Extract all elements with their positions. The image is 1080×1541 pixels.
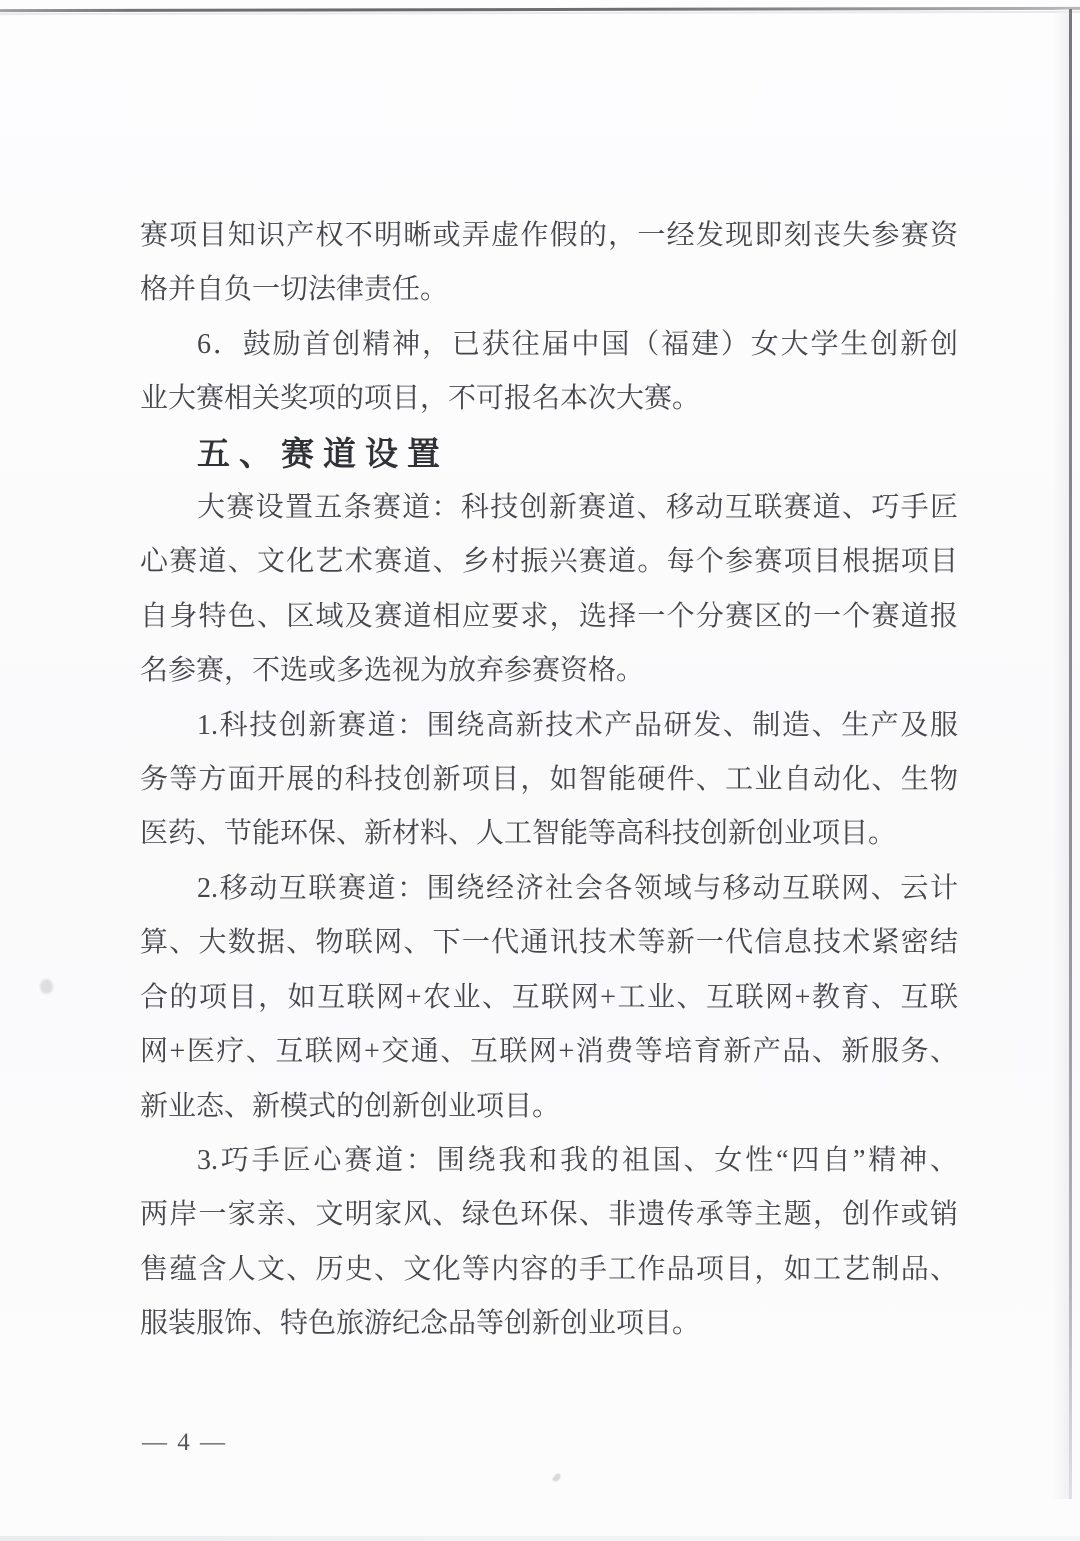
text-line: 自身特色、区域及赛道相应要求，选择一个分赛区的一个赛道报 xyxy=(140,590,958,644)
text-line: 医药、节能环保、新材料、人工智能等高科技创新创业项目。 xyxy=(140,807,958,861)
text-line: 合的项目，如互联网+农业、互联网+工业、互联网+教育、互联 xyxy=(140,971,958,1025)
para-item-6-originality: 6．鼓励首创精神，已获往届中国（福建）女大学生创新创业大赛相关奖项的项目，不可报… xyxy=(140,318,958,427)
section-heading: 五、赛道设置 xyxy=(140,427,958,481)
text-line: 大赛设置五条赛道：科技创新赛道、移动互联赛道、巧手匠 xyxy=(140,481,958,535)
text-line: 1.科技创新赛道：围绕高新技术产品研发、制造、生产及服 xyxy=(140,699,958,753)
scan-speck-artifact xyxy=(552,1472,562,1483)
text-line: 务等方面开展的科技创新项目，如智能硬件、工业自动化、生物 xyxy=(140,753,958,807)
heading-section-5-track-setup: 五、赛道设置 xyxy=(140,427,958,481)
text-line: 算、大数据、物联网、下一代通讯技术等新一代信息技术紧密结 xyxy=(140,916,958,970)
text-line: 新业态、新模式的创新创业项目。 xyxy=(140,1080,958,1134)
para-five-tracks-overview: 大赛设置五条赛道：科技创新赛道、移动互联赛道、巧手匠心赛道、文化艺术赛道、乡村振… xyxy=(140,481,958,699)
para-track-1-tech-innovation: 1.科技创新赛道：围绕高新技术产品研发、制造、生产及服务等方面开展的科技创新项目… xyxy=(140,699,958,862)
text-line: 2.移动互联赛道：围绕经济社会各领域与移动互联网、云计 xyxy=(140,862,958,916)
text-line: 售蕴含人文、历史、文化等内容的手工作品项目，如工艺制品、 xyxy=(140,1243,958,1297)
text-line: 两岸一家亲、文明家风、绿色环保、非遗传承等主题，创作或销 xyxy=(140,1188,958,1242)
document-body: 赛项目知识产权不明晰或弄虚作假的，一经发现即刻丧失参赛资格并自负一切法律责任。6… xyxy=(140,209,958,1352)
page-number: — 4 — xyxy=(142,1429,227,1457)
text-line: 名参赛，不选或多选视为放弃参赛资格。 xyxy=(140,644,958,698)
text-line: 网+医疗、互联网+交通、互联网+消费等培育新产品、新服务、 xyxy=(140,1025,958,1079)
scan-edge-right-line xyxy=(1069,9,1072,1499)
scan-edge-bottom-band xyxy=(0,1536,1080,1541)
scan-smudge-artifact xyxy=(40,979,53,994)
text-line: 3.巧手匠心赛道：围绕我和我的祖国、女性“四自”精神、 xyxy=(140,1134,958,1188)
para-disqualification: 赛项目知识产权不明晰或弄虚作假的，一经发现即刻丧失参赛资格并自负一切法律责任。 xyxy=(140,209,958,318)
text-line: 赛项目知识产权不明晰或弄虚作假的，一经发现即刻丧失参赛资 xyxy=(140,209,958,263)
para-track-3-craftsmanship: 3.巧手匠心赛道：围绕我和我的祖国、女性“四自”精神、两岸一家亲、文明家风、绿色… xyxy=(140,1134,958,1352)
text-line: 6．鼓励首创精神，已获往届中国（福建）女大学生创新创 xyxy=(140,318,958,372)
text-line: 服装服饰、特色旅游纪念品等创新创业项目。 xyxy=(140,1297,958,1351)
text-line: 心赛道、文化艺术赛道、乡村振兴赛道。每个参赛项目根据项目 xyxy=(140,535,958,589)
text-line: 业大赛相关奖项的项目，不可报名本次大赛。 xyxy=(140,372,958,426)
text-line: 格并自负一切法律责任。 xyxy=(140,263,958,317)
para-track-2-mobile-internet: 2.移动互联赛道：围绕经济社会各领域与移动互联网、云计算、大数据、物联网、下一代… xyxy=(140,862,958,1134)
scan-edge-right-shadow xyxy=(1052,9,1069,1499)
